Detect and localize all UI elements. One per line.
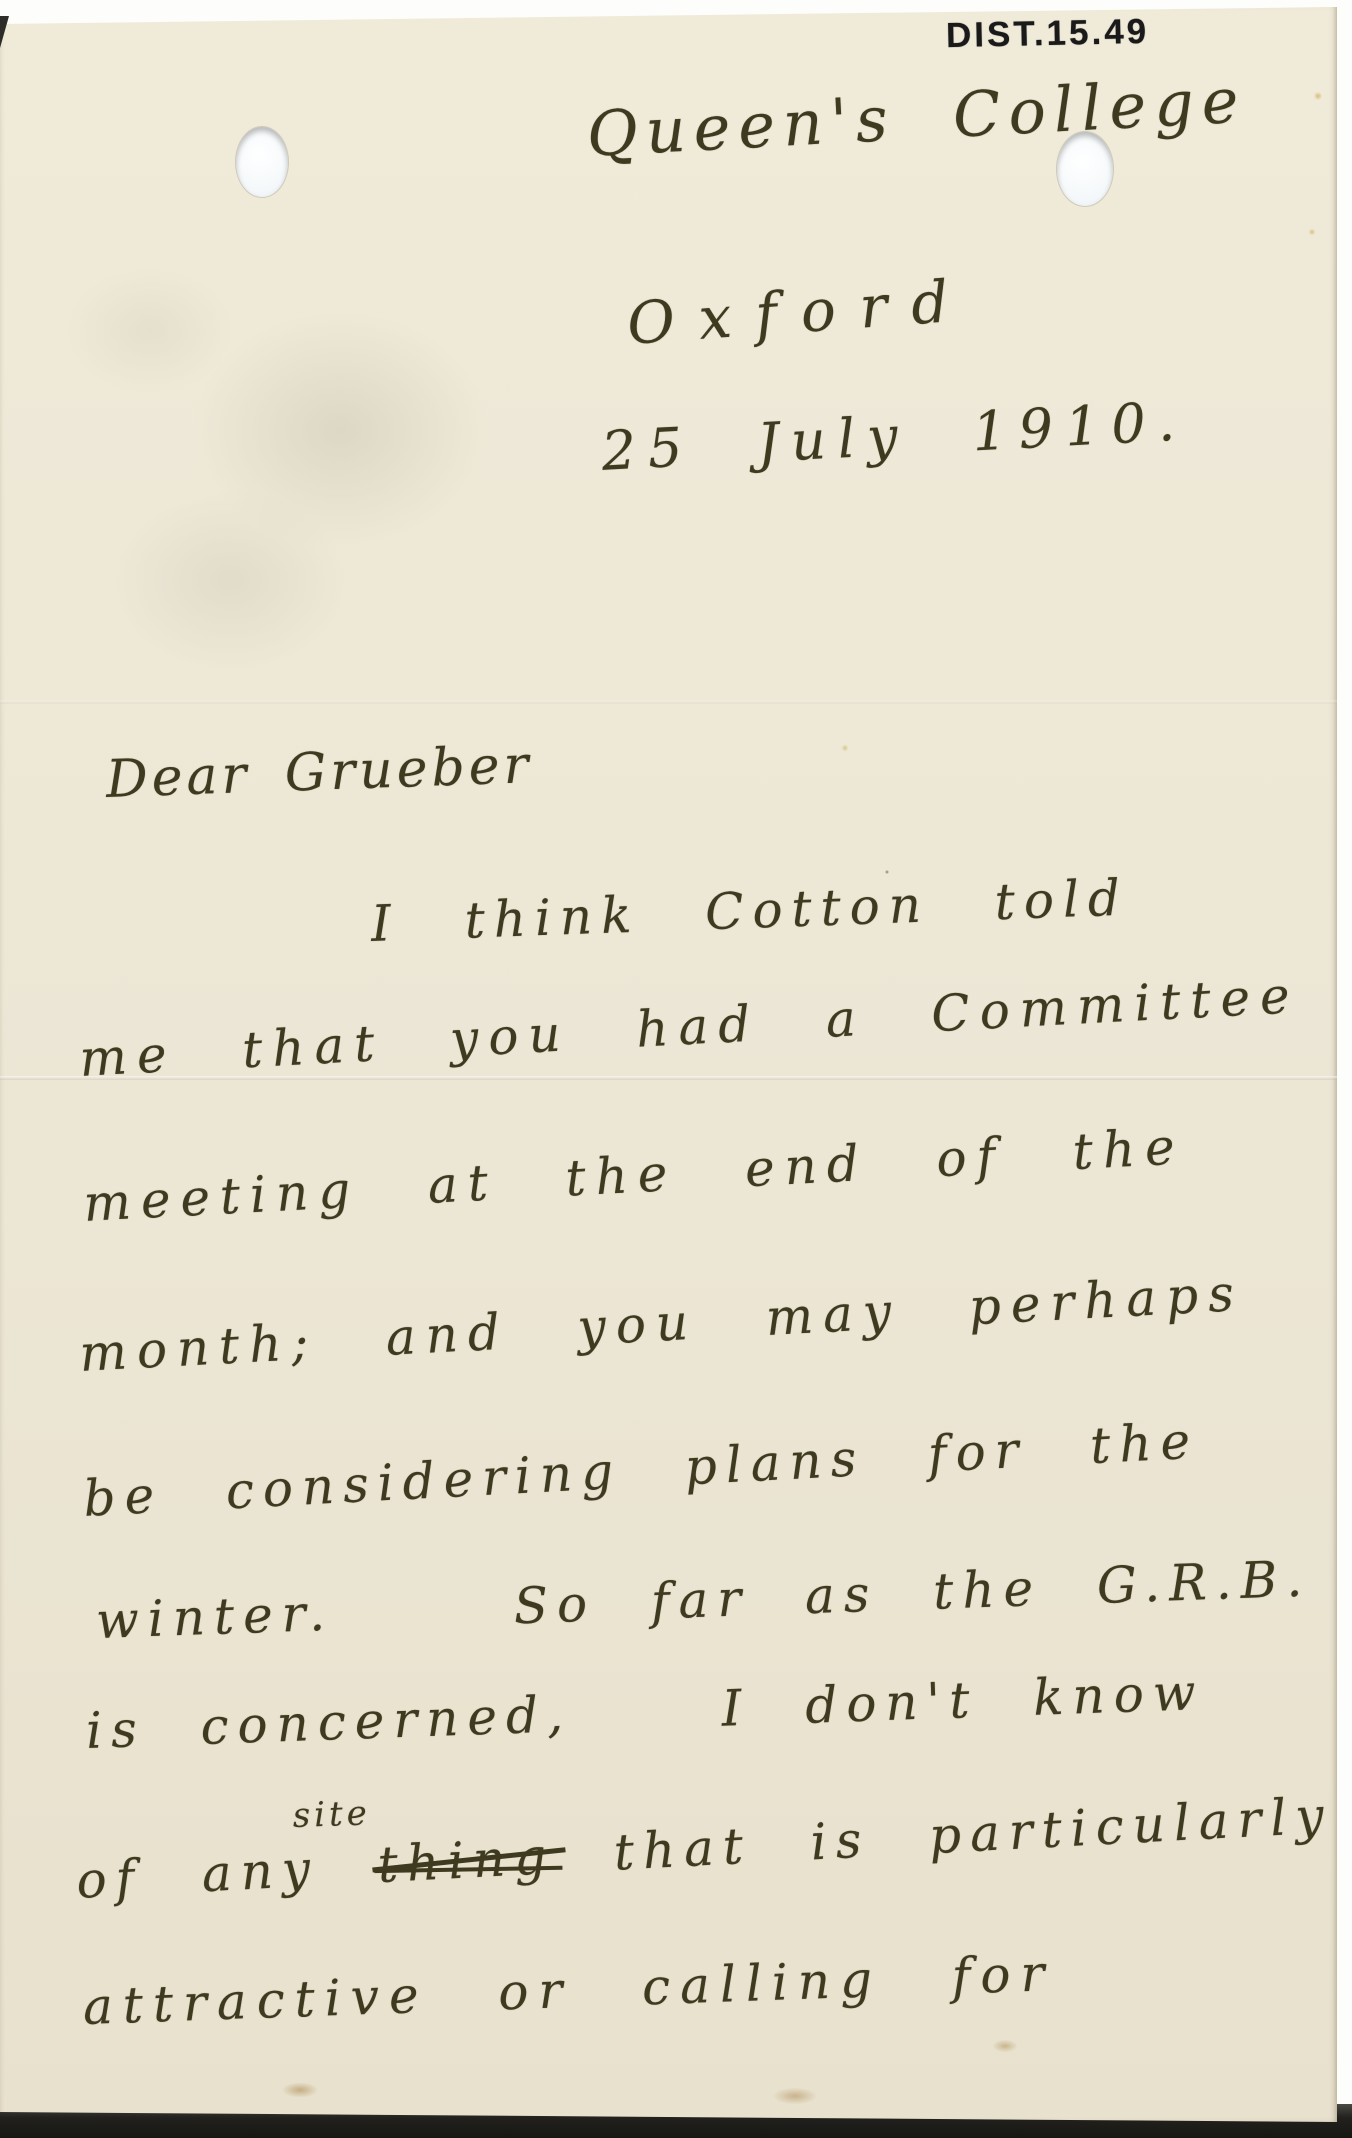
punch-hole-left — [236, 127, 288, 197]
insertion-site: site — [292, 1793, 371, 1836]
word-gap — [572, 1726, 722, 1731]
handwritten-text: that is particularly — [553, 1786, 1333, 1885]
body-line-9: attractive or calling for — [82, 1944, 1055, 2036]
handwritten-text: site — [292, 1793, 371, 1836]
handwritten-text: be considering plans for the — [82, 1412, 1200, 1528]
handwritten-text: is concerned, — [85, 1685, 573, 1760]
handwritten-text: I think Cotton told — [370, 869, 1130, 953]
body-line-8: of any thing that is particularly — [75, 1786, 1334, 1910]
body-line-6: winter.So far as the G.R.B. — [95, 1550, 1312, 1650]
letter-body: Queen's CollegeOxford25 July 1910.Dear G… — [0, 0, 1337, 2126]
handwritten-text: month; and you may perhaps — [78, 1264, 1245, 1383]
handwritten-text: me that you had a Committee — [78, 966, 1301, 1088]
archive-reference-label: DIST.15.49 — [946, 12, 1150, 56]
letter-paper: Queen's CollegeOxford25 July 1910.Dear G… — [0, 0, 1337, 2126]
handwritten-text: meeting at the end of the — [82, 1117, 1186, 1233]
handwritten-text: attractive or calling for — [82, 1944, 1055, 2036]
handwritten-text: Oxford — [625, 266, 974, 358]
handwritten-text: I don't know — [721, 1663, 1206, 1738]
struck-word: thing — [376, 1827, 556, 1894]
heading-city: Oxford — [625, 266, 974, 358]
body-line-5: be considering plans for the — [82, 1412, 1200, 1528]
word-gap — [334, 1623, 514, 1629]
scanned-letter-page: { "colors": { "paper": "#ece6d5", "ink":… — [0, 0, 1352, 2138]
heading-college: Queen's College — [585, 63, 1248, 170]
handwritten-text: So far as the G.R.B. — [513, 1550, 1312, 1636]
body-line-3: meeting at the end of the — [82, 1117, 1186, 1233]
heading-date: 25 July 1910. — [600, 389, 1188, 483]
handwritten-text: Queen's College — [585, 63, 1248, 170]
handwritten-text: 25 July 1910. — [600, 389, 1188, 483]
punch-hole-right — [1057, 132, 1113, 206]
handwritten-text: winter. — [95, 1584, 335, 1650]
handwritten-text: of any — [75, 1836, 379, 1910]
body-line-2: me that you had a Committee — [78, 966, 1301, 1088]
body-line-1: I think Cotton told — [370, 869, 1130, 953]
body-line-4: month; and you may perhaps — [78, 1264, 1245, 1383]
handwritten-text: Dear Grueber — [105, 735, 533, 810]
body-line-7: is concerned,I don't know — [85, 1663, 1205, 1760]
salutation: Dear Grueber — [105, 735, 533, 810]
